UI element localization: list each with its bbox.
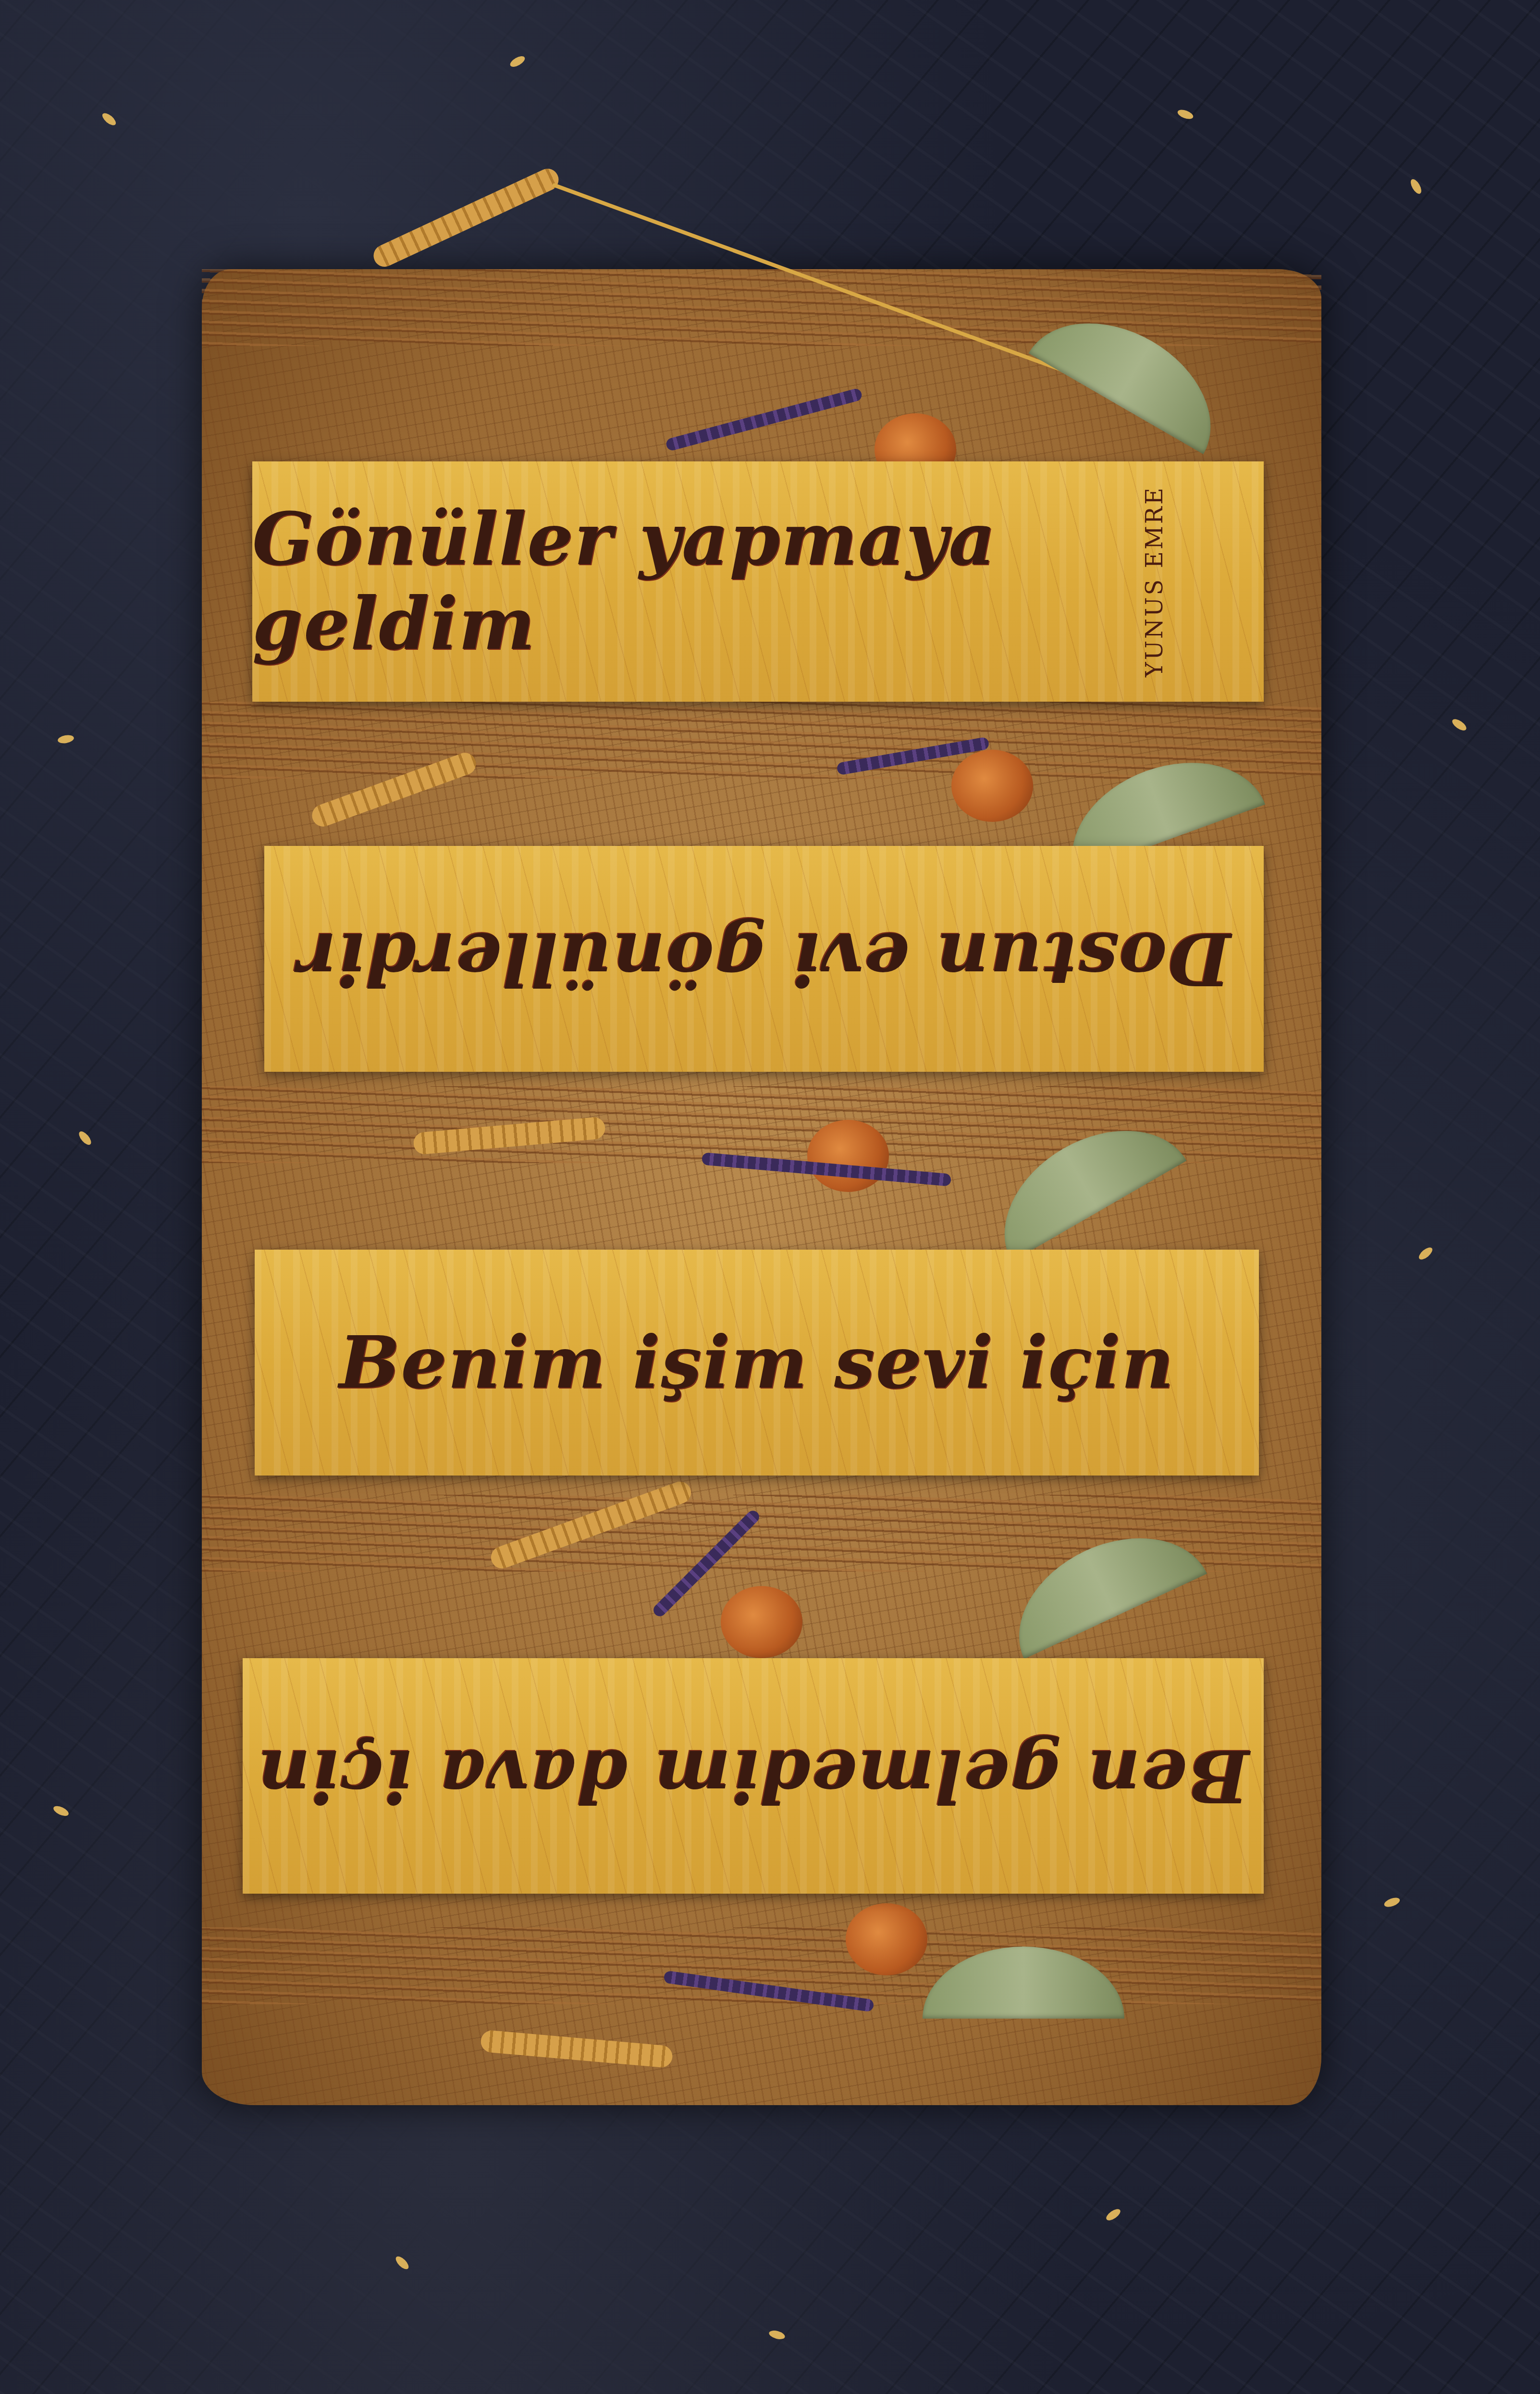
calligraphy-line-3: Benim işim sevi için bbox=[339, 1320, 1174, 1405]
dried-rose-icon bbox=[807, 1120, 889, 1192]
fiber-band bbox=[202, 702, 1321, 779]
calligraphy-strip-3: Benim işim sevi için bbox=[255, 1250, 1259, 1476]
dried-rose-icon bbox=[721, 1586, 802, 1658]
calligraphy-line-1: Gönüller yapmaya geldim bbox=[252, 497, 1264, 666]
calligraphy-strip-4: Ben gelmedim dava için bbox=[243, 1658, 1264, 1894]
calligraphy-line-2: Dostun evi gönüllerdir bbox=[297, 917, 1231, 1001]
dried-rose-icon bbox=[951, 750, 1033, 822]
dried-rose-icon bbox=[846, 1903, 927, 1975]
calligraphy-line-4: Ben gelmedim dava için bbox=[257, 1734, 1249, 1818]
fiber-band bbox=[202, 269, 1321, 346]
signature: YUNUS EMRE bbox=[1141, 486, 1168, 677]
calligraphy-strip-2: Dostun evi gönüllerdir bbox=[264, 846, 1264, 1072]
calligraphy-strip-1: Gönüller yapmaya geldim YUNUS EMRE bbox=[252, 461, 1264, 702]
